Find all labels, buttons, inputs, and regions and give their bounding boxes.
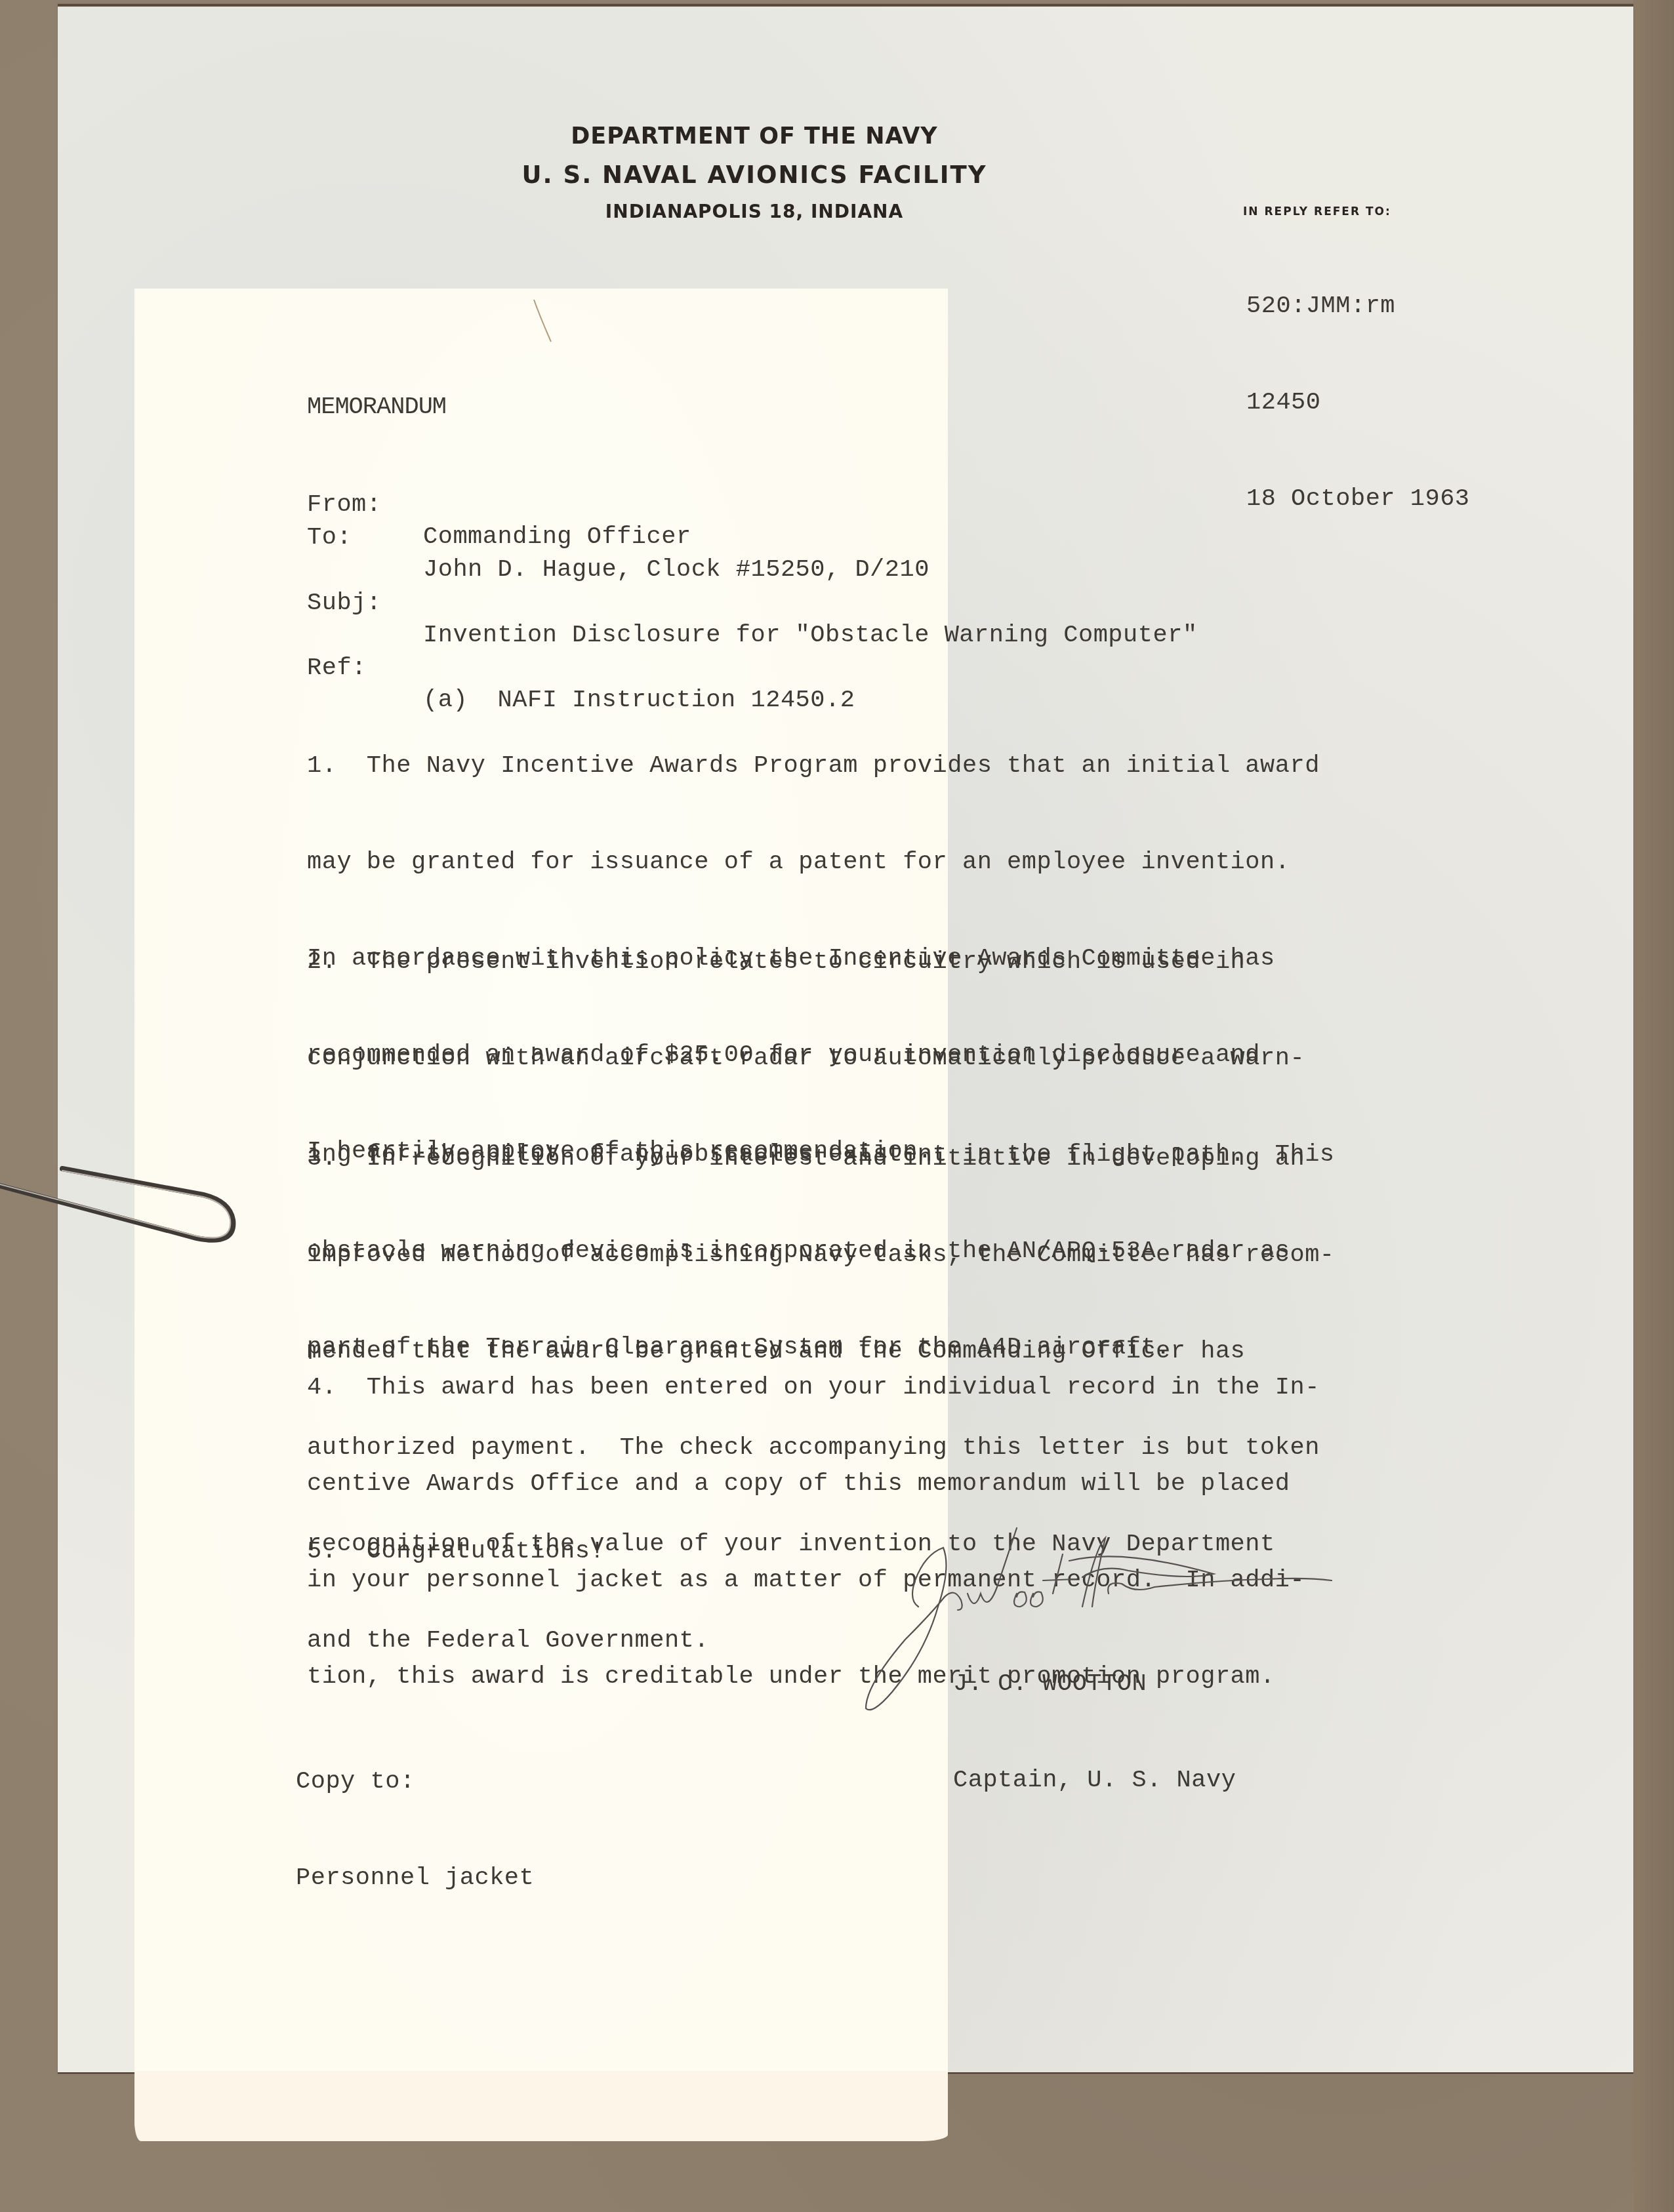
reference-code: 520:JMM:rm — [1246, 291, 1470, 323]
reply-refer-label: IN REPLY REFER TO: — [1243, 205, 1391, 218]
paperclip-icon — [0, 1161, 249, 1266]
paragraph-line: conjunction with an aircraft radar to au… — [307, 1043, 1335, 1075]
paragraph-line: improved method of accomplishing Navy ta… — [307, 1239, 1335, 1272]
signer-title: Captain, U. S. Navy — [953, 1765, 1236, 1797]
paragraph-5: 5. Congratulations! — [307, 1472, 605, 1600]
paragraph-line: 2. The present invention relates to circ… — [307, 946, 1335, 978]
copy-to-label: Copy to: — [296, 1766, 534, 1798]
subject-value: Invention Disclosure for "Obstacle Warni… — [423, 620, 1198, 652]
paragraph-line: may be granted for issuance of a patent … — [307, 847, 1320, 879]
memo-title: MEMORANDUM — [307, 392, 446, 424]
to-value: John D. Hague, Clock #15250, D/210 — [423, 554, 929, 586]
paper-crease-mark — [531, 298, 558, 344]
paragraph-line: 1. The Navy Incentive Awards Program pro… — [307, 750, 1320, 782]
letter-date: 18 October 1963 — [1246, 483, 1470, 515]
to-label: To: — [307, 522, 352, 554]
paragraph-line: 3. In recognition of your interest and i… — [307, 1143, 1335, 1175]
memo-sheet-bottom-fold — [134, 2071, 948, 2141]
copy-to-value: Personnel jacket — [296, 1862, 534, 1895]
subject-label: Subj: — [307, 588, 382, 620]
letterhead-department: DEPARTMENT OF THE NAVY — [420, 123, 1089, 150]
reply-reference-block: 520:JMM:rm 12450 18 October 1963 — [1246, 226, 1470, 548]
paragraph-line: 5. Congratulations! — [307, 1536, 605, 1568]
letterhead-location: INDIANAPOLIS 18, INDIANA — [420, 201, 1089, 222]
reference-file-number: 12450 — [1246, 387, 1470, 419]
copy-to-block: Copy to: Personnel jacket — [296, 1702, 534, 1927]
letterhead-facility: U. S. NAVAL AVIONICS FACILITY — [420, 161, 1089, 189]
signature-block: J. C. WOOTTON Captain, U. S. Navy — [953, 1604, 1236, 1829]
reference-label: Ref: — [307, 653, 367, 685]
signer-name: J. C. WOOTTON — [953, 1668, 1236, 1700]
paragraph-line: 4. This award has been entered on your i… — [307, 1372, 1320, 1404]
from-value: Commanding Officer — [423, 521, 691, 553]
backing-board-edge — [1633, 0, 1674, 2212]
